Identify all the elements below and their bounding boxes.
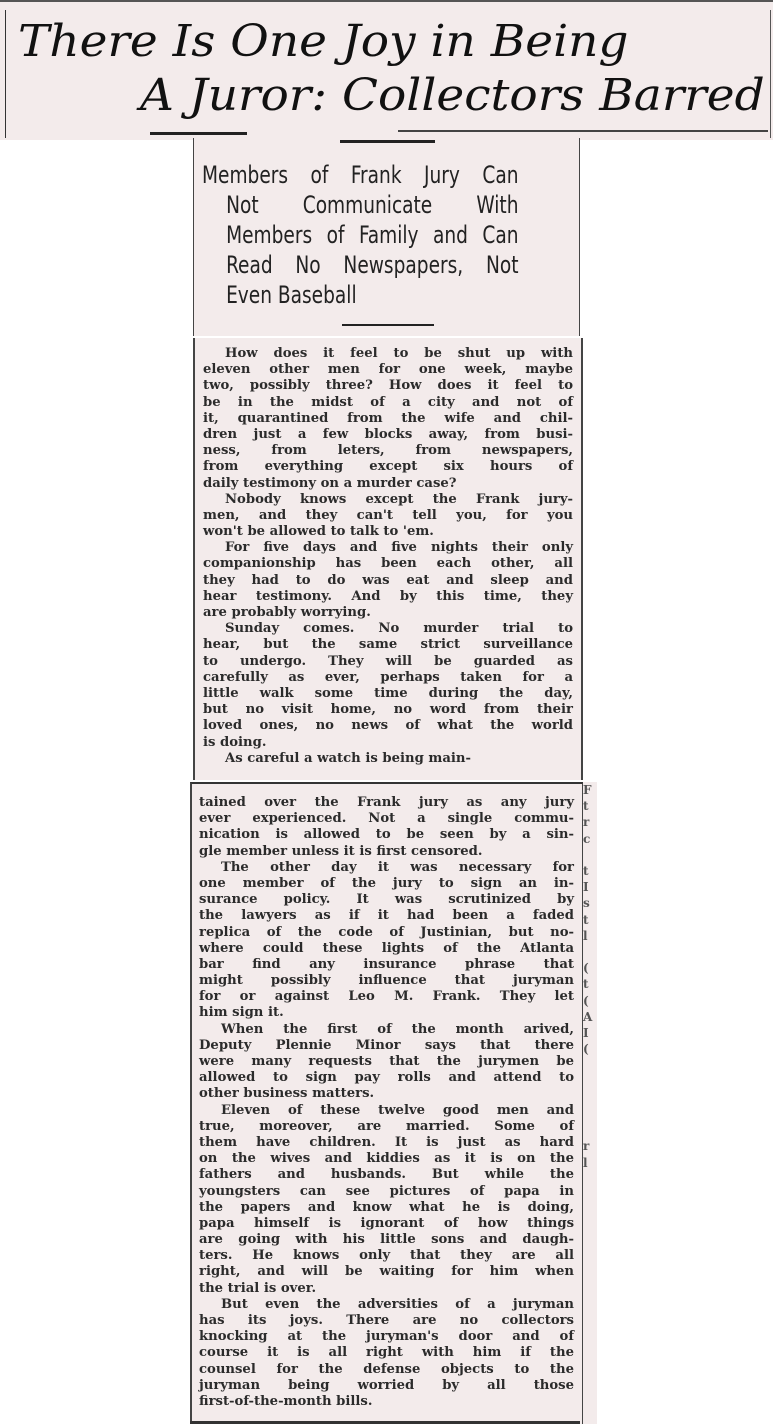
fragment-glyph [583, 1074, 597, 1090]
article-line: Sunday comes. No murder trial to [203, 621, 573, 637]
article-line: Eleven of these twelve good men and [199, 1103, 574, 1119]
article-line: youngsters can see pictures of papa in [199, 1184, 574, 1200]
article-line: two, possibly three? How does it feel to [203, 378, 573, 394]
article-line: right, and will be waiting for him when [199, 1264, 574, 1280]
article-line: ness, from leters, from newspapers, [203, 443, 573, 459]
article-line: As careful a watch is being main- [203, 751, 573, 767]
article-line: allowed to sign pay rolls and attend to [199, 1070, 574, 1086]
article-line: are going with his little sons and daugh… [199, 1232, 574, 1248]
article-line: papa himself is ignorant of how things [199, 1216, 574, 1232]
article-column-1: How does it feel to be shut up witheleve… [193, 338, 583, 780]
headline-block: There Is One Joy in Being A Juror: Colle… [0, 0, 773, 140]
fragment-glyph [583, 1252, 597, 1268]
subheadline-block: Members of Frank Jury Can Not Communicat… [193, 138, 580, 336]
fragment-glyph [583, 1333, 597, 1349]
article-line: one member of the jury to sign an in- [199, 876, 574, 892]
left-border-rule [5, 10, 6, 138]
fragment-glyph [583, 1122, 597, 1138]
right-border-rule [770, 10, 771, 138]
fragment-glyph [583, 1349, 597, 1365]
article-line: won't be allowed to talk to 'em. [203, 524, 573, 540]
article-line: nication is allowed to be seen by a sin- [199, 827, 574, 843]
article-line: carefully as ever, perhaps taken for a [203, 670, 573, 686]
article-column-2: tained over the Frank jury as any juryev… [190, 782, 584, 1424]
article-line: fathers and husbands. But while the [199, 1167, 574, 1183]
article-line: has its joys. There are no collectors [199, 1313, 574, 1329]
article-line: counsel for the defense objects to the [199, 1362, 574, 1378]
article-line: bar find any insurance phrase that [199, 957, 574, 973]
fragment-glyph [583, 1106, 597, 1122]
article-line: eleven other men for one week, maybe [203, 362, 573, 378]
subheadline-line: Members of Frank Jury Can [202, 160, 518, 190]
headline-underline [398, 130, 768, 132]
fragment-glyph [583, 1268, 597, 1284]
fragment-glyph [583, 847, 597, 863]
article-line: course it is all right with him if the [199, 1345, 574, 1361]
subheadline-rule [342, 324, 434, 326]
article-line: but no visit home, no word from their [203, 702, 573, 718]
article-line: from everything except six hours of [203, 459, 573, 475]
article-line: first-of-the-month bills. [199, 1394, 574, 1410]
headline-line-2: A Juror: Collectors Barred [140, 70, 765, 121]
fragment-glyph: s [583, 895, 597, 911]
fragment-glyph [583, 1219, 597, 1235]
article-line: The other day it was necessary for [199, 860, 574, 876]
article-line: dren just a few blocks away, from busi- [203, 427, 573, 443]
fragment-glyph [583, 1317, 597, 1333]
fragment-glyph: A [583, 1009, 597, 1025]
fragment-glyph [583, 1203, 597, 1219]
article-line: surance policy. It was scrutinized by [199, 892, 574, 908]
article-line: When the first of the month arived, [199, 1022, 574, 1038]
article-line: might possibly influence that juryman [199, 973, 574, 989]
article-line: ever experienced. Not a single commu- [199, 811, 574, 827]
article-line: they had to do was eat and sleep and [203, 573, 573, 589]
fragment-glyph: I [583, 1025, 597, 1041]
article-line: is doing. [203, 735, 573, 751]
article-line: on the wives and kiddies as it is on the [199, 1151, 574, 1167]
article-line: men, and they can't tell you, for you [203, 508, 573, 524]
article-line: But even the adversities of a juryman [199, 1297, 574, 1313]
fragment-glyph [583, 1301, 597, 1317]
fragment-glyph: ( [583, 993, 597, 1009]
fragment-glyph: r [583, 1138, 597, 1154]
article-line: were many requests that the jurymen be [199, 1054, 574, 1070]
article-line: the lawyers as if it had been a faded [199, 908, 574, 924]
adjacent-column-fragment: Ftrc tIstl (t(AI( rl [583, 782, 597, 1424]
fragment-glyph [583, 1090, 597, 1106]
fragment-glyph [583, 1284, 597, 1300]
fragment-glyph [583, 1187, 597, 1203]
article-line: to undergo. They will be guarded as [203, 654, 573, 670]
article-line: for or against Leo M. Frank. They let [199, 989, 574, 1005]
fragment-glyph: l [583, 928, 597, 944]
fragment-glyph: l [583, 1155, 597, 1171]
article-line: Deputy Plennie Minor says that there [199, 1038, 574, 1054]
article-line: the trial is over. [199, 1281, 574, 1297]
fragment-glyph: t [583, 976, 597, 992]
fragment-glyph [583, 1171, 597, 1187]
article-line: daily testimony on a murder case? [203, 476, 573, 492]
article-line: them have children. It is just as hard [199, 1135, 574, 1151]
article-line: How does it feel to be shut up with [203, 346, 573, 362]
fragment-glyph [583, 1057, 597, 1073]
headline-rule-center [340, 140, 435, 143]
article-line: little walk some time during the day, [203, 686, 573, 702]
article-line: the papers and know what he is doing, [199, 1200, 574, 1216]
subheadline-line: Read No Newspapers, Not [202, 250, 518, 280]
subheadline: Members of Frank Jury Can Not Communicat… [202, 160, 518, 310]
article-line: it, quarantined from the wife and chil- [203, 411, 573, 427]
subheadline-line: Not Communicate With [202, 190, 518, 220]
article-line: gle member unless it is first censored. [199, 844, 574, 860]
article-text-1: How does it feel to be shut up witheleve… [203, 346, 573, 767]
fragment-glyph: c [583, 831, 597, 847]
article-line: replica of the code of Justinian, but no… [199, 925, 574, 941]
article-line: are probably worrying. [203, 605, 573, 621]
fragment-glyph: ( [583, 960, 597, 976]
article-line: where could these lights of the Atlanta [199, 941, 574, 957]
fragment-glyph: ( [583, 1041, 597, 1057]
article-line: knocking at the juryman's door and of [199, 1329, 574, 1345]
fragment-glyph: t [583, 912, 597, 928]
article-line: true, moreover, are married. Some of [199, 1119, 574, 1135]
headline-line-1: There Is One Joy in Being [18, 16, 629, 67]
article-line: juryman being worried by all those [199, 1378, 574, 1394]
subheadline-line: Even Baseball [202, 280, 518, 310]
article-line: loved ones, no news of what the world [203, 718, 573, 734]
fragment-glyph: t [583, 863, 597, 879]
article-line: For five days and five nights their only [203, 540, 573, 556]
article-line: companionship has been each other, all [203, 556, 573, 572]
article-line: other business matters. [199, 1086, 574, 1102]
fragment-glyph: t [583, 798, 597, 814]
fragment-glyph: F [583, 782, 597, 798]
article-line: be in the midst of a city and not of [203, 395, 573, 411]
fragment-glyph [583, 944, 597, 960]
article-line: Nobody knows except the Frank jury- [203, 492, 573, 508]
article-line: him sign it. [199, 1005, 574, 1021]
article-text-2: tained over the Frank jury as any juryev… [199, 795, 574, 1410]
headline-rule-left [150, 132, 247, 135]
article-line: hear, but the same strict surveillance [203, 637, 573, 653]
fragment-glyph [583, 1236, 597, 1252]
fragment-glyph: I [583, 879, 597, 895]
fragment-glyph: r [583, 814, 597, 830]
subheadline-line: Members of Family and Can [202, 220, 518, 250]
article-line: tained over the Frank jury as any jury [199, 795, 574, 811]
article-line: hear testimony. And by this time, they [203, 589, 573, 605]
article-line: ters. He knows only that they are all [199, 1248, 574, 1264]
